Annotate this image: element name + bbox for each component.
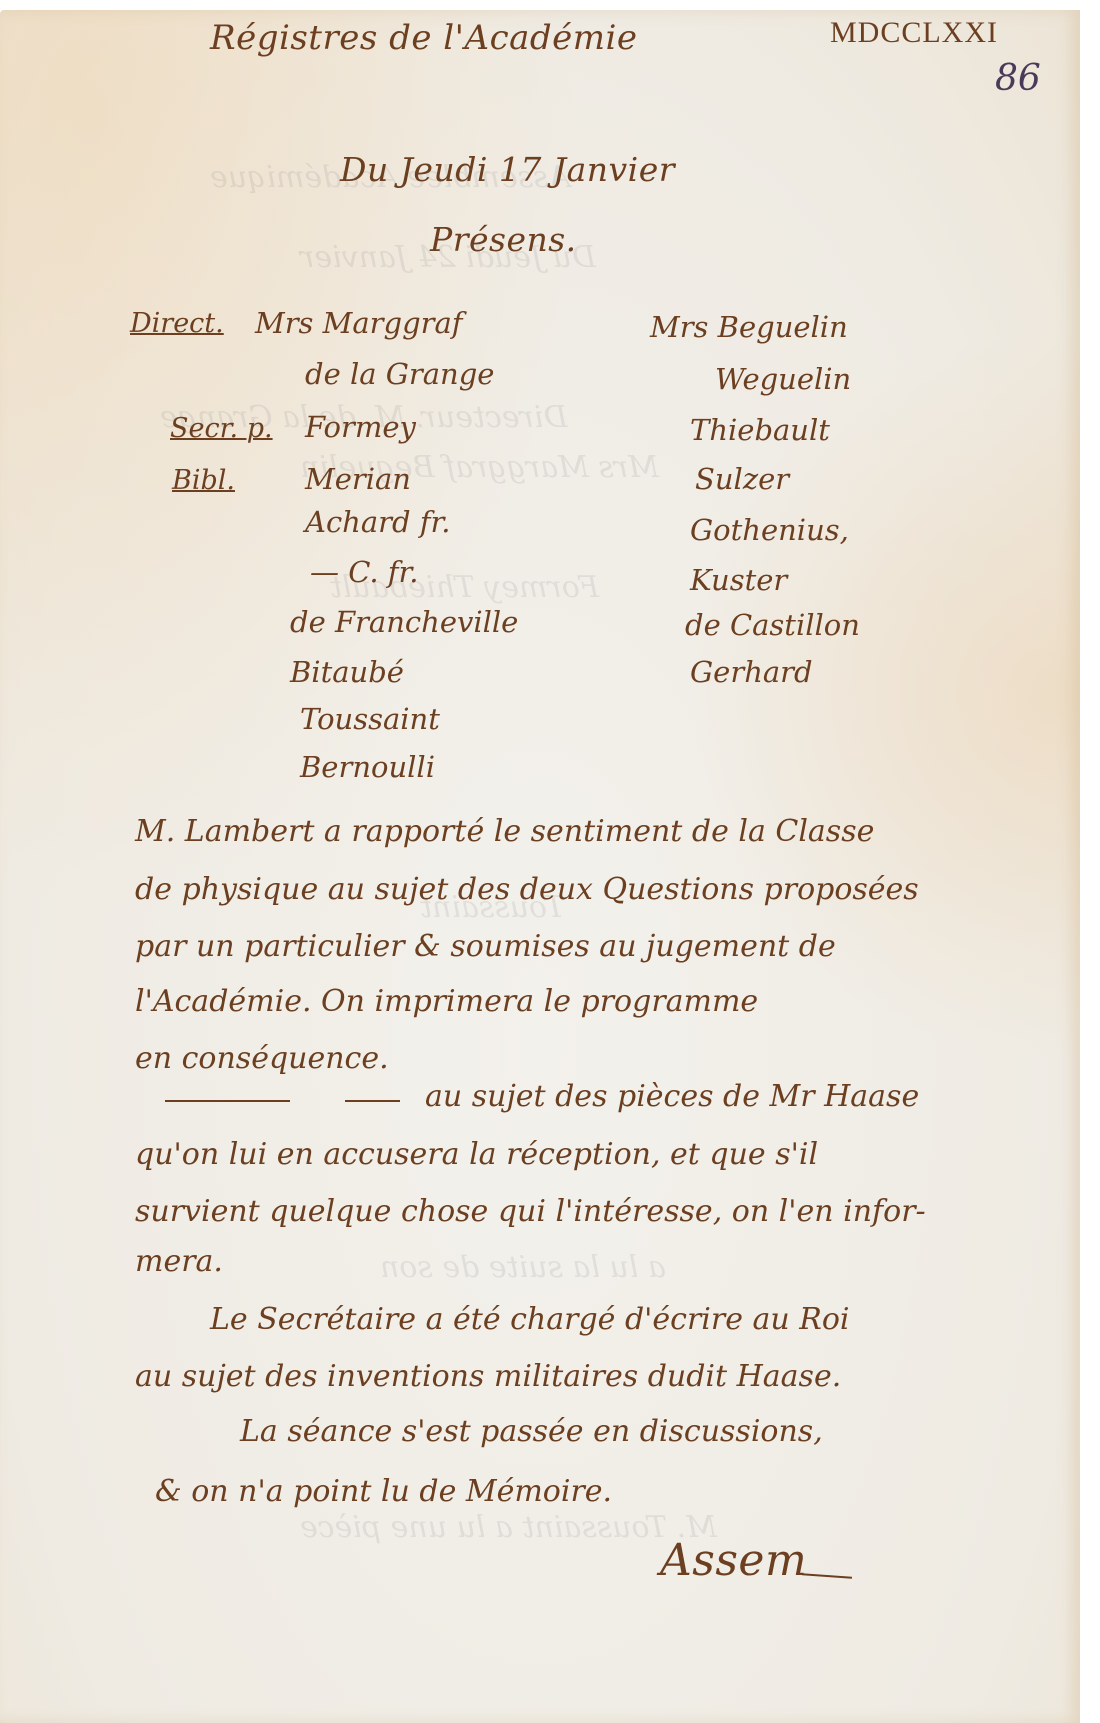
member-name: Thiebault bbox=[690, 413, 830, 447]
session-date: Du Jeudi 17 Janvier bbox=[340, 150, 675, 189]
folio-number: 86 bbox=[995, 58, 1041, 99]
register-title: Régistres de l'Académie bbox=[210, 18, 638, 58]
bleed-through-text: a lu la suite de son bbox=[380, 1250, 666, 1285]
member-name: — C. fr. bbox=[310, 555, 418, 589]
minute-line: & on n'a point lu de Mémoire. bbox=[155, 1465, 612, 1518]
member-name: Merian bbox=[305, 462, 411, 496]
minute-line: Le Secrétaire a été chargé d'écrire au R… bbox=[210, 1293, 850, 1346]
ditto-dash bbox=[165, 1100, 290, 1102]
member-name: Toussaint bbox=[300, 702, 440, 736]
minute-line: au sujet des inventions militaires dudit… bbox=[135, 1350, 841, 1403]
member-name: Kuster bbox=[690, 563, 787, 597]
minute-line: La séance s'est passée en discussions, bbox=[240, 1405, 823, 1458]
manuscript-page: Assemblée Académique Du Jeudi 24 Janvier… bbox=[0, 10, 1080, 1723]
signature-flourish bbox=[802, 1573, 852, 1578]
member-name: Weguelin bbox=[715, 362, 851, 396]
member-name: Mrs Beguelin bbox=[650, 310, 848, 344]
minute-line: l'Académie. On imprimera le programme bbox=[135, 975, 758, 1028]
minute-line: M. Lambert a rapporté le sentiment de la… bbox=[135, 805, 874, 858]
minute-line: survient quelque chose qui l'intéresse, … bbox=[135, 1185, 926, 1238]
member-name: Gerhard bbox=[690, 655, 813, 689]
minute-line: par un particulier & soumises au jugemen… bbox=[135, 920, 836, 973]
ditto-dash bbox=[345, 1100, 400, 1102]
minute-line: de physique au sujet des deux Questions … bbox=[135, 863, 919, 916]
member-name: de Francheville bbox=[290, 605, 518, 639]
member-name: Bernoulli bbox=[300, 750, 435, 784]
member-name: Sulzer bbox=[695, 462, 789, 496]
minute-line: mera. bbox=[135, 1235, 223, 1288]
member-name: de Castillon bbox=[685, 608, 860, 642]
secretary-signature: Assem bbox=[660, 1535, 807, 1586]
role-director: Direct. bbox=[130, 308, 224, 339]
member-name: Achard fr. bbox=[305, 505, 450, 539]
minute-line: au sujet des pièces de Mr Haase bbox=[425, 1070, 919, 1123]
member-name: Bitaubé bbox=[290, 655, 404, 689]
minute-line: en conséquence. bbox=[135, 1032, 389, 1085]
year-roman: MDCCLXXI bbox=[830, 16, 998, 50]
minute-line: qu'on lui en accusera la réception, et q… bbox=[135, 1128, 818, 1181]
role-secretary: Secr. p. bbox=[170, 413, 273, 444]
member-name: Gothenius, bbox=[690, 513, 849, 547]
role-librarian: Bibl. bbox=[172, 465, 235, 496]
member-name: Formey bbox=[305, 410, 416, 444]
attendance-heading: Présens. bbox=[430, 220, 577, 259]
member-name: Mrs Marggraf bbox=[255, 306, 463, 340]
member-name: de la Grange bbox=[305, 357, 494, 391]
